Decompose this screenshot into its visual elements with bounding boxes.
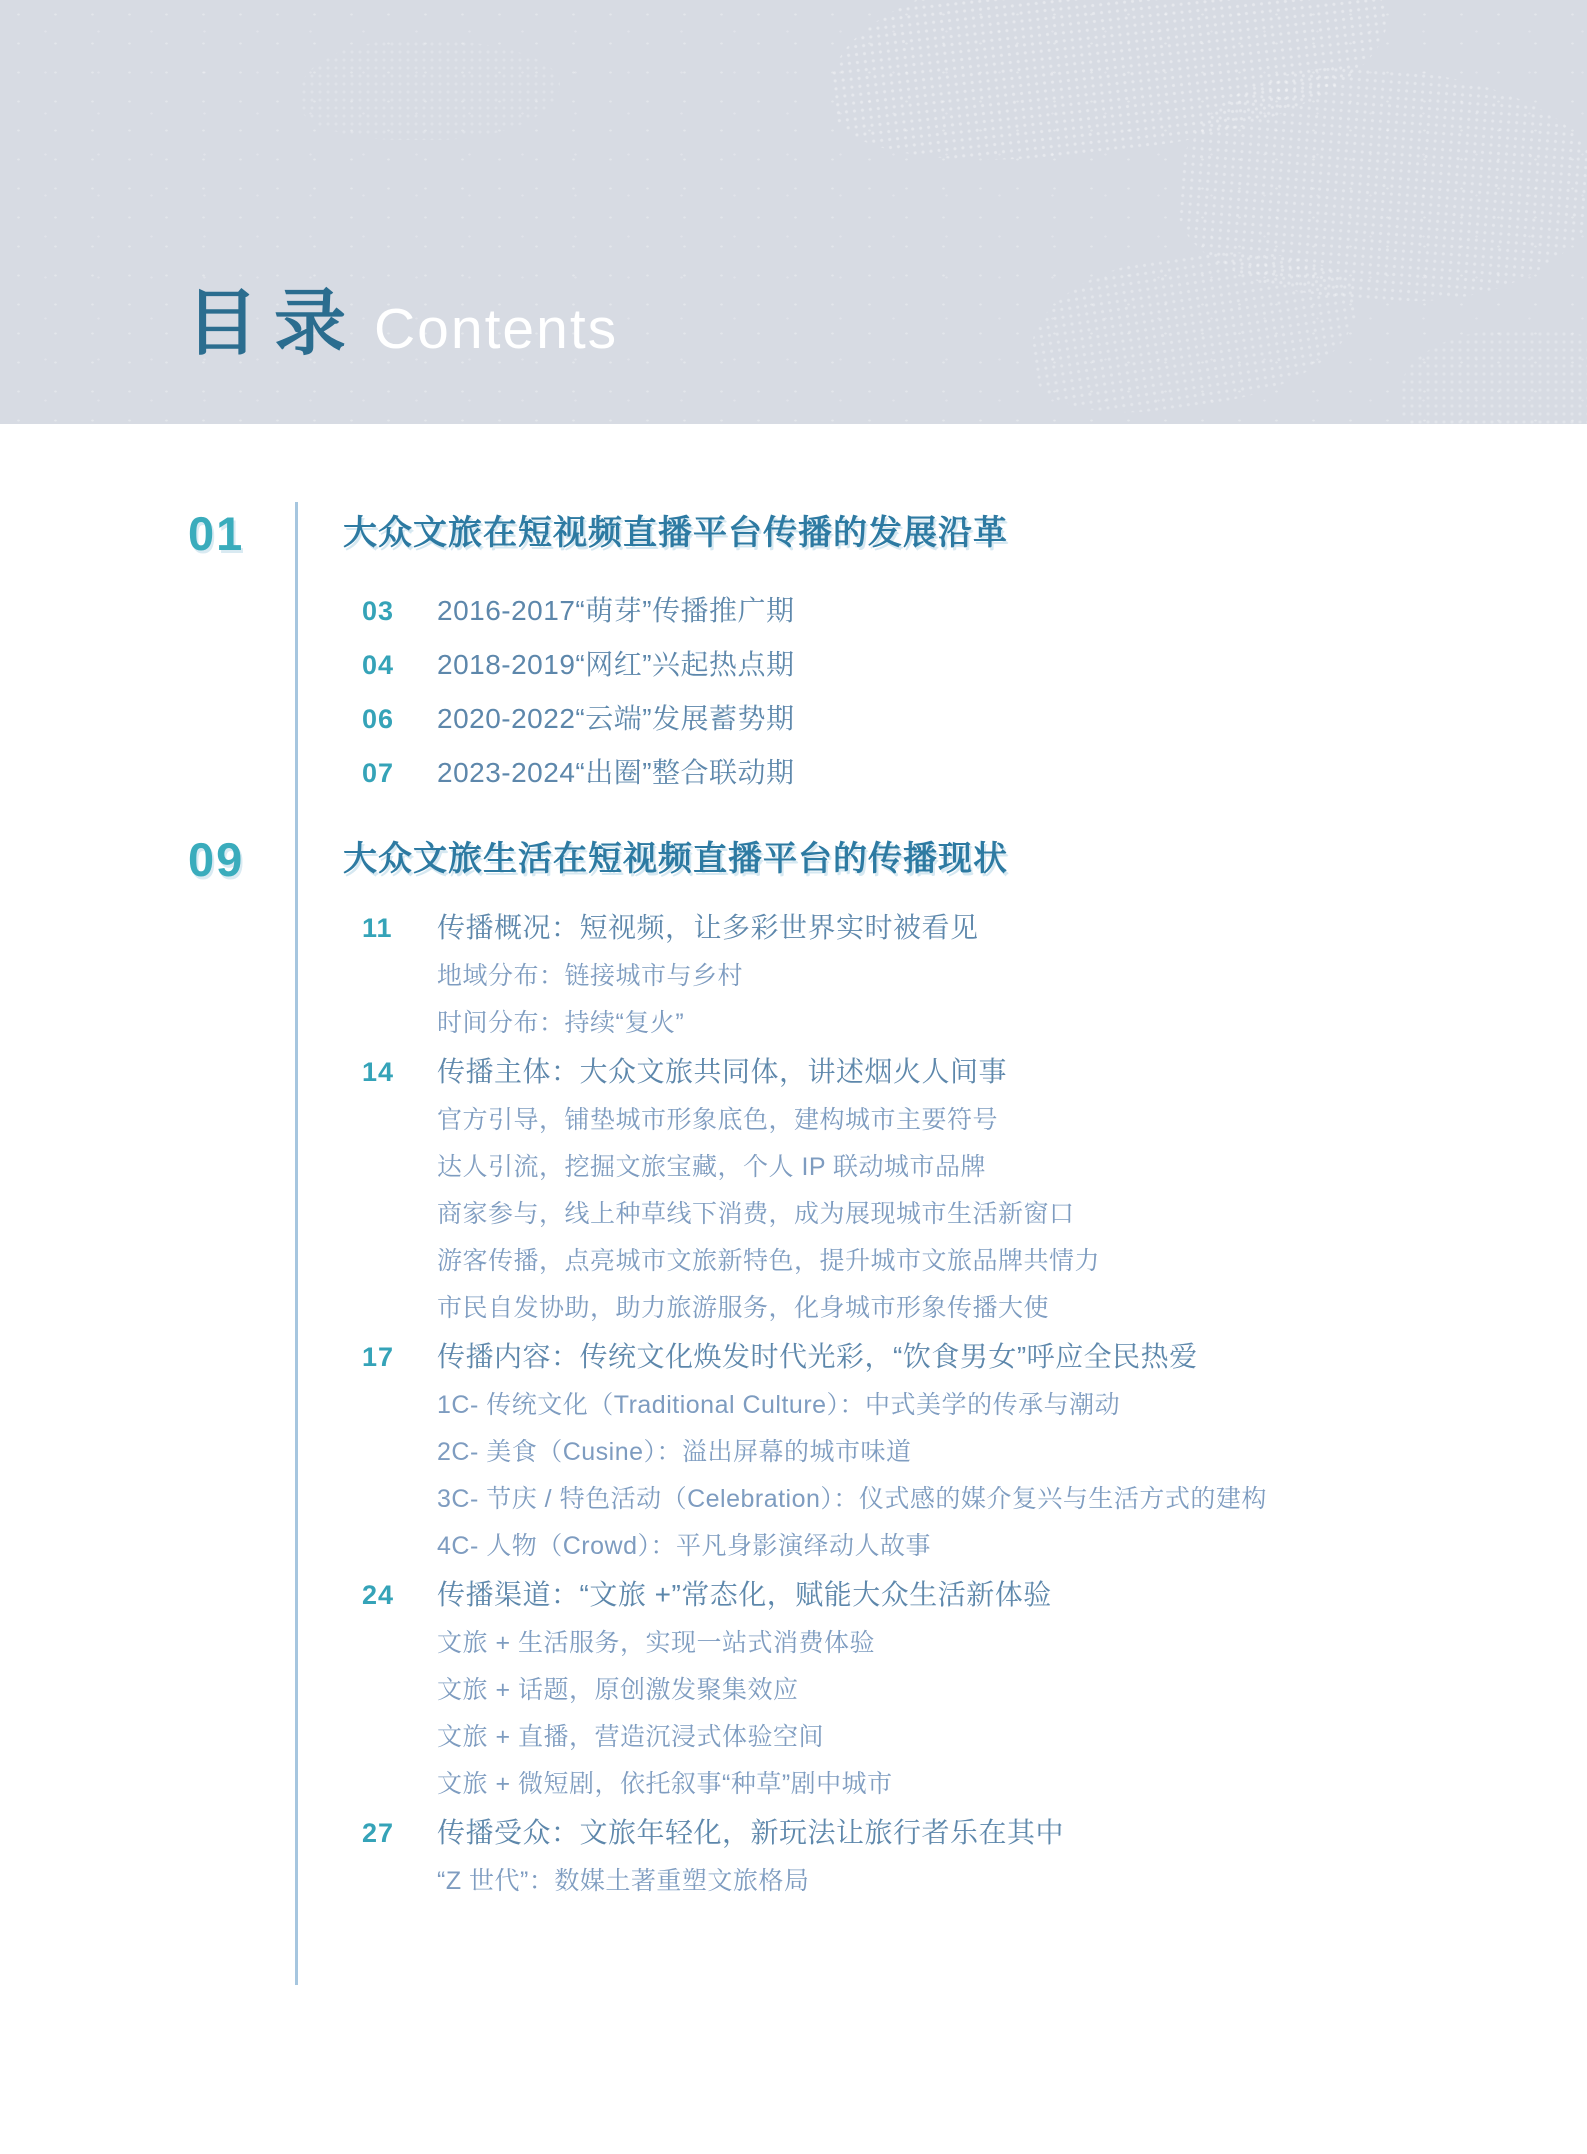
toc-entry[interactable]: 03 2016-2017“萌芽”传播推广期 bbox=[0, 594, 1587, 628]
entry-label: 传播渠道：“文旅 +”常态化，赋能大众生活新体验 bbox=[437, 1578, 1052, 1612]
entry-page-number: 06 bbox=[362, 702, 437, 736]
entry-label: 2016-2017“萌芽”传播推广期 bbox=[437, 594, 795, 628]
section-header: 09 大众文旅生活在短视频直播平台的传播现状 bbox=[0, 834, 1587, 886]
entry-page-number: 04 bbox=[362, 648, 437, 682]
toc-entry[interactable]: 11 传播概况：短视频，让多彩世界实时被看见 bbox=[0, 911, 1587, 945]
toc-entry[interactable]: 27 传播受众：文旅年轻化，新玩法让旅行者乐在其中 bbox=[0, 1816, 1587, 1850]
page-title-en: Contents bbox=[374, 301, 618, 358]
cloud-texture bbox=[1021, 233, 1369, 424]
toc-subentry[interactable]: 文旅 + 直播，营造沉浸式体验空间 bbox=[0, 1722, 1587, 1752]
toc-section-09: 09 大众文旅生活在短视频直播平台的传播现状 11 传播概况：短视频，让多彩世界… bbox=[0, 834, 1587, 1897]
entry-label: 2020-2022“云端”发展蓄势期 bbox=[437, 702, 795, 736]
entry-page-number: 24 bbox=[362, 1578, 437, 1612]
toc-subentry[interactable]: 3C- 节庆 / 特色活动（Celebration）：仪式感的媒介复兴与生活方式… bbox=[0, 1484, 1587, 1514]
entry-page-number: 17 bbox=[362, 1340, 437, 1374]
toc-subentry[interactable]: 达人引流，挖掘文旅宝藏，个人 IP 联动城市品牌 bbox=[0, 1152, 1587, 1182]
entry-label: 传播内容：传统文化焕发时代光彩，“饮食男女”呼应全民热爱 bbox=[437, 1340, 1198, 1374]
section-number: 09 bbox=[188, 834, 343, 886]
page-title-zh: 目录 bbox=[186, 288, 362, 360]
toc-subentry[interactable]: 文旅 + 生活服务，实现一站式消费体验 bbox=[0, 1628, 1587, 1658]
table-of-contents: 01 大众文旅在短视频直播平台传播的发展沿革 03 2016-2017“萌芽”传… bbox=[0, 424, 1587, 1913]
toc-section-01: 01 大众文旅在短视频直播平台传播的发展沿革 03 2016-2017“萌芽”传… bbox=[0, 508, 1587, 790]
header-band: 目录 Contents bbox=[0, 0, 1587, 424]
page-title: 目录 Contents bbox=[186, 288, 618, 360]
toc-subentry-group: 文旅 + 生活服务，实现一站式消费体验 文旅 + 话题，原创激发聚集效应 文旅 … bbox=[0, 1628, 1587, 1799]
cloud-texture bbox=[1172, 56, 1587, 315]
section-number: 01 bbox=[188, 508, 343, 560]
toc-subentry[interactable]: 4C- 人物（Crowd）：平凡身影演绎动人故事 bbox=[0, 1531, 1587, 1561]
entry-label: 传播概况：短视频，让多彩世界实时被看见 bbox=[437, 911, 979, 945]
cloud-texture bbox=[1400, 330, 1587, 424]
toc-entry[interactable]: 04 2018-2019“网红”兴起热点期 bbox=[0, 648, 1587, 682]
toc-subentry[interactable]: 商家参与，线上种草线下消费，成为展现城市生活新窗口 bbox=[0, 1199, 1587, 1229]
toc-subentry[interactable]: 2C- 美食（Cusine）：溢出屏幕的城市味道 bbox=[0, 1437, 1587, 1467]
entry-page-number: 14 bbox=[362, 1055, 437, 1089]
section-title[interactable]: 大众文旅生活在短视频直播平台的传播现状 bbox=[343, 839, 1008, 880]
toc-entry[interactable]: 17 传播内容：传统文化焕发时代光彩，“饮食男女”呼应全民热爱 bbox=[0, 1340, 1587, 1374]
toc-subentry[interactable]: 地域分布：链接城市与乡村 bbox=[0, 961, 1587, 991]
entry-page-number: 03 bbox=[362, 594, 437, 628]
toc-subentry[interactable]: 文旅 + 微短剧，依托叙事“种草”剧中城市 bbox=[0, 1769, 1587, 1799]
entry-label: 传播受众：文旅年轻化，新玩法让旅行者乐在其中 bbox=[437, 1816, 1064, 1850]
toc-subentry-group: 地域分布：链接城市与乡村 时间分布：持续“复火” bbox=[0, 961, 1587, 1038]
entry-label: 2023-2024“出圈”整合联动期 bbox=[437, 756, 795, 790]
toc-subentry-group: 官方引导，铺垫城市形象底色，建构城市主要符号 达人引流，挖掘文旅宝藏，个人 IP… bbox=[0, 1105, 1587, 1323]
cloud-texture bbox=[300, 40, 560, 140]
entry-page-number: 07 bbox=[362, 756, 437, 790]
section-entries: 03 2016-2017“萌芽”传播推广期 04 2018-2019“网红”兴起… bbox=[0, 594, 1587, 790]
section-header: 01 大众文旅在短视频直播平台传播的发展沿革 bbox=[0, 508, 1587, 560]
entry-page-number: 11 bbox=[362, 911, 437, 945]
toc-subentry[interactable]: 游客传播，点亮城市文旅新特色，提升城市文旅品牌共情力 bbox=[0, 1246, 1587, 1276]
toc-entry[interactable]: 24 传播渠道：“文旅 +”常态化，赋能大众生活新体验 bbox=[0, 1578, 1587, 1612]
entry-label: 2018-2019“网红”兴起热点期 bbox=[437, 648, 795, 682]
toc-subentry[interactable]: 时间分布：持续“复火” bbox=[0, 1008, 1587, 1038]
entry-label: 传播主体：大众文旅共同体，讲述烟火人间事 bbox=[437, 1055, 1007, 1089]
toc-entry[interactable]: 06 2020-2022“云端”发展蓄势期 bbox=[0, 702, 1587, 736]
toc-subentry[interactable]: “Z 世代”：数媒土著重塑文旅格局 bbox=[0, 1866, 1587, 1896]
toc-entry[interactable]: 07 2023-2024“出圈”整合联动期 bbox=[0, 756, 1587, 790]
toc-subentry[interactable]: 文旅 + 话题，原创激发聚集效应 bbox=[0, 1675, 1587, 1705]
toc-entry[interactable]: 14 传播主体：大众文旅共同体，讲述烟火人间事 bbox=[0, 1055, 1587, 1089]
toc-subentry-group: 1C- 传统文化（Traditional Culture）：中式美学的传承与潮动… bbox=[0, 1390, 1587, 1561]
section-entries: 11 传播概况：短视频，让多彩世界实时被看见 地域分布：链接城市与乡村 时间分布… bbox=[0, 911, 1587, 1896]
toc-subentry-group: “Z 世代”：数媒土著重塑文旅格局 bbox=[0, 1866, 1587, 1896]
section-title[interactable]: 大众文旅在短视频直播平台传播的发展沿革 bbox=[343, 513, 1008, 554]
cloud-texture bbox=[822, 0, 1399, 179]
toc-subentry[interactable]: 1C- 传统文化（Traditional Culture）：中式美学的传承与潮动 bbox=[0, 1390, 1587, 1420]
entry-page-number: 27 bbox=[362, 1816, 437, 1850]
toc-subentry[interactable]: 市民自发协助，助力旅游服务，化身城市形象传播大使 bbox=[0, 1293, 1587, 1323]
toc-subentry[interactable]: 官方引导，铺垫城市形象底色，建构城市主要符号 bbox=[0, 1105, 1587, 1135]
